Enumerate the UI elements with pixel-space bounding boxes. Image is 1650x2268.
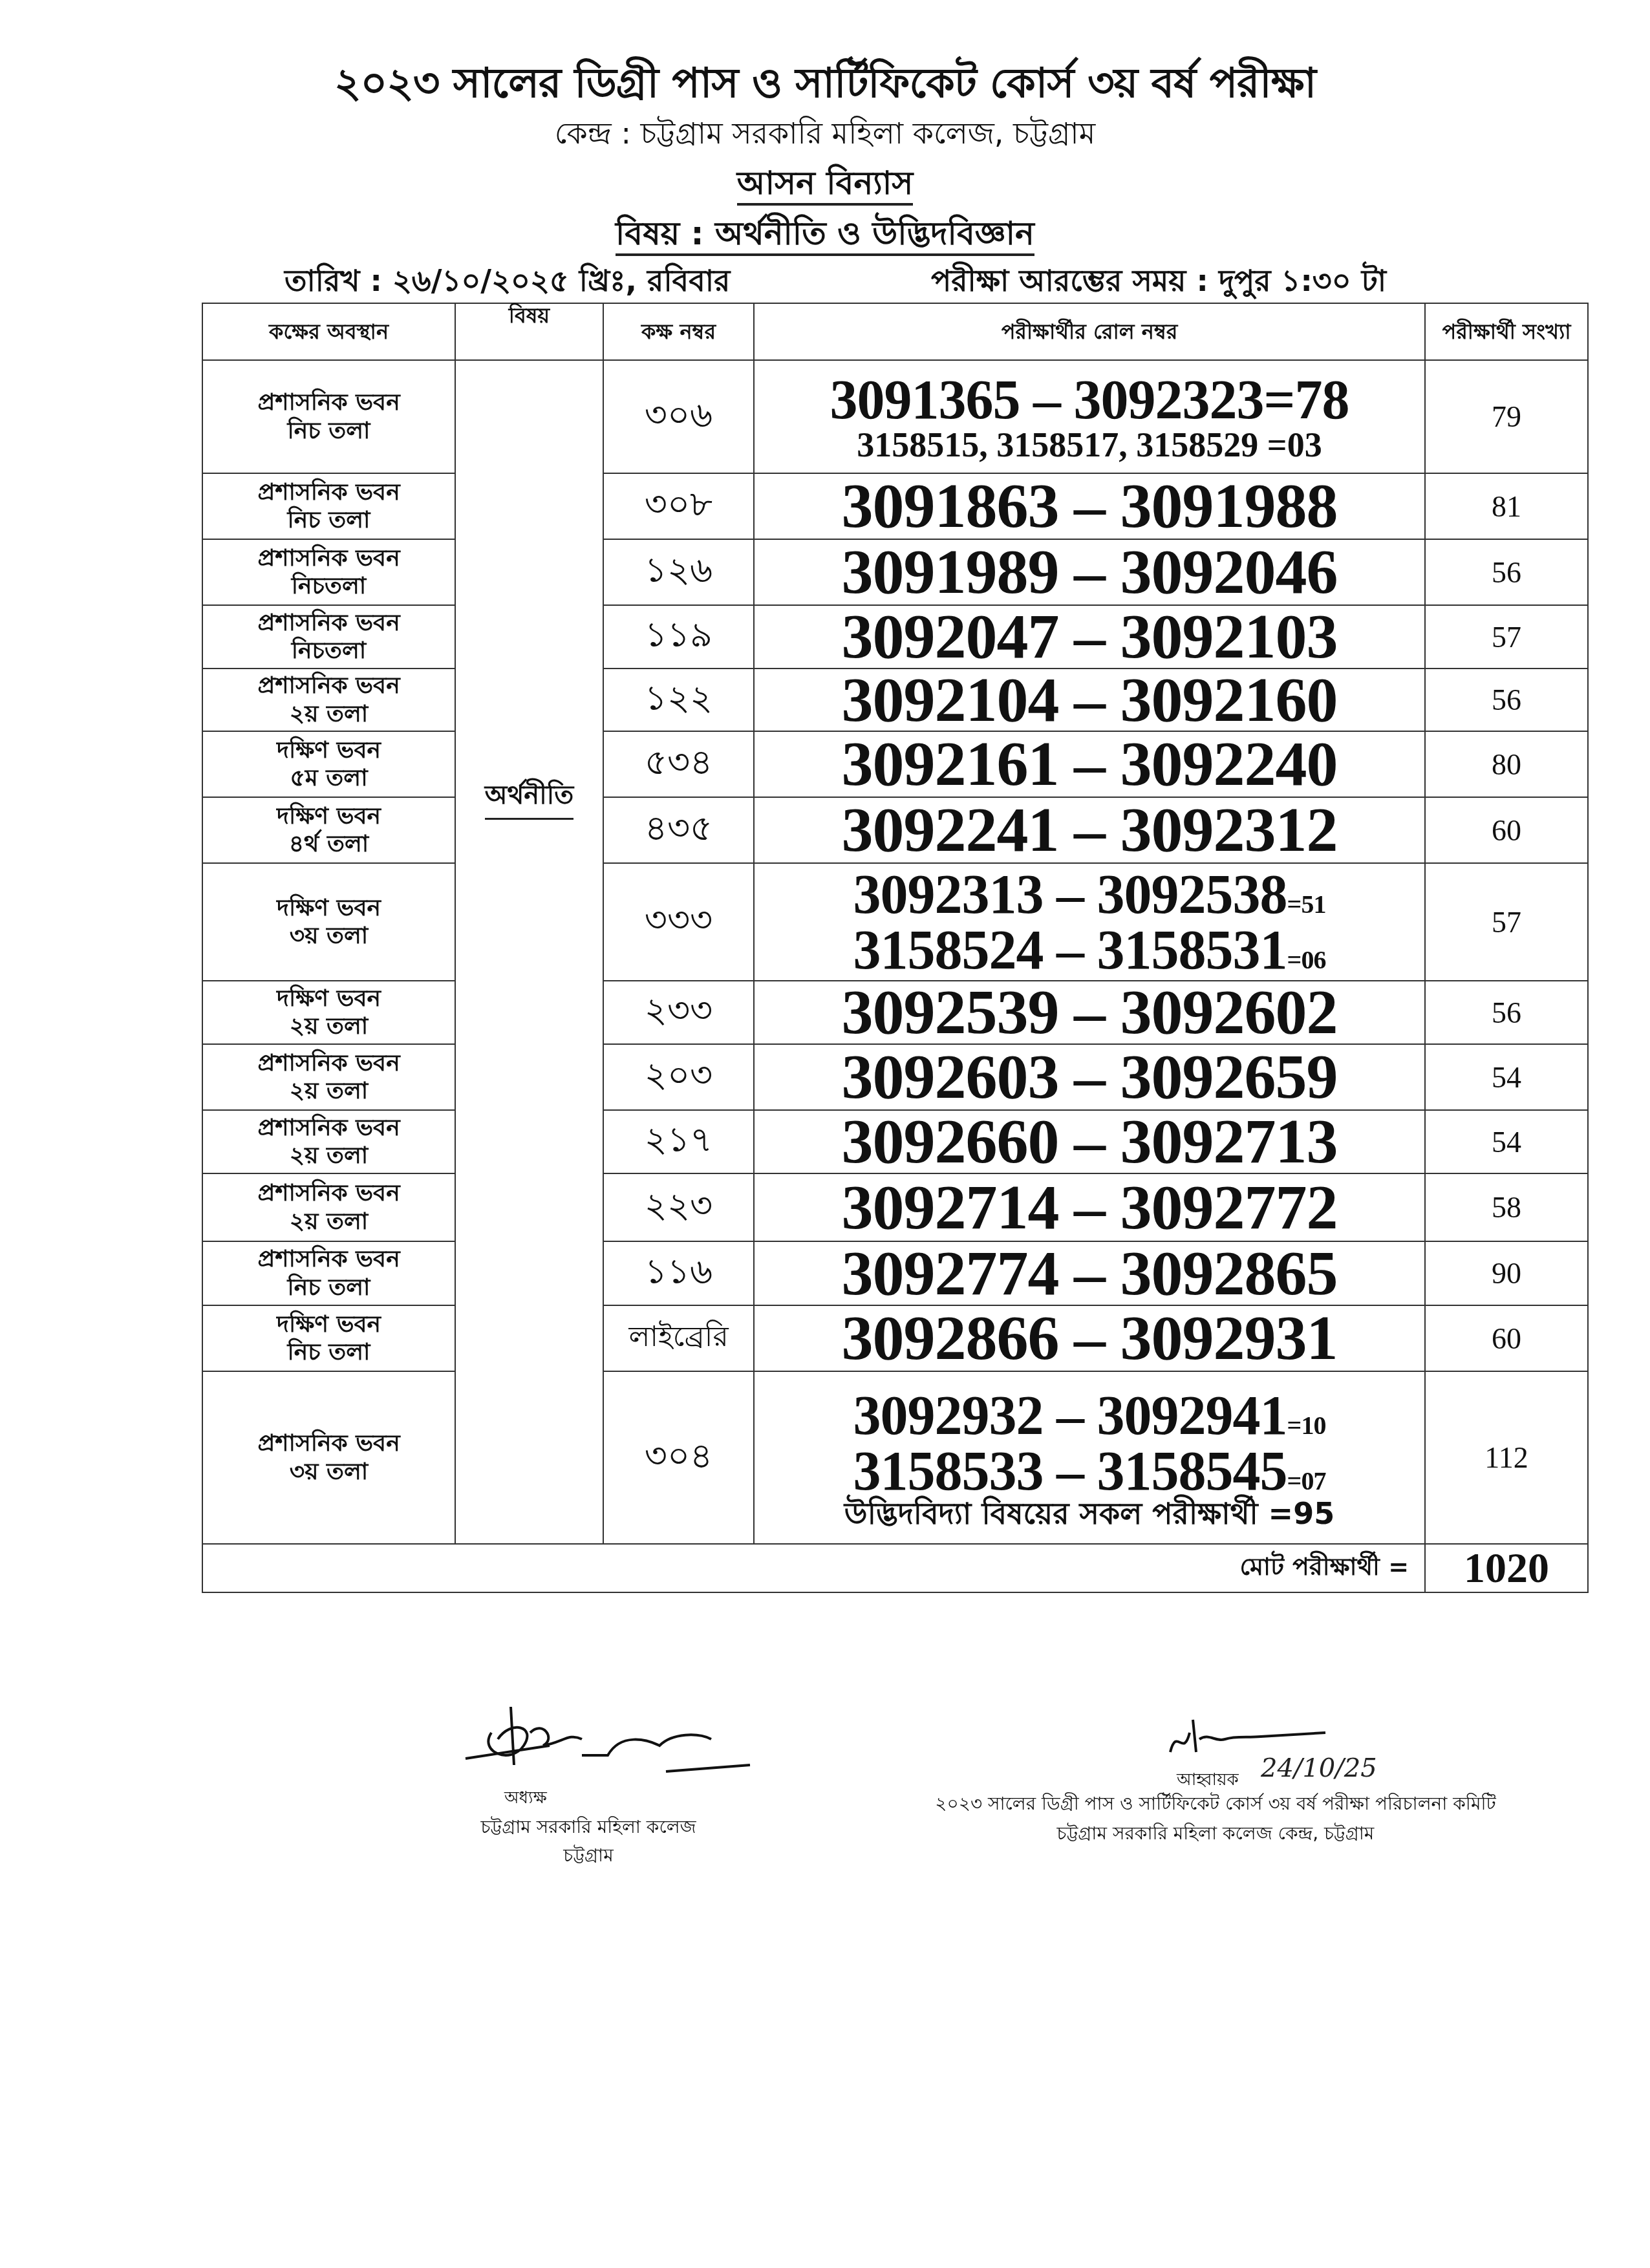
- building-name: প্রশাসনিক ভবন: [257, 478, 400, 506]
- room-location: প্রশাসনিক ভবন২য় তলা: [202, 1109, 456, 1174]
- total-value-cell: 1020: [1424, 1543, 1589, 1593]
- floor-name: ২য় তলা: [290, 1142, 368, 1170]
- roll-range: 3091863 – 3091988: [842, 475, 1338, 538]
- floor-name: ২য় তলা: [290, 1077, 368, 1105]
- room-location: প্রশাসনিক ভবন২য় তলা: [202, 668, 456, 732]
- examinee-count: 60: [1424, 1305, 1589, 1372]
- room-number-text: ১১৯: [645, 608, 712, 666]
- roll-range: 3158524 – 3158531=06: [853, 922, 1326, 978]
- roll-range: 3092161 – 3092240: [842, 733, 1338, 796]
- roll-range: 3091365 – 3092323=78: [830, 372, 1349, 427]
- room-number: ৫৩৪: [603, 731, 755, 798]
- convener-org: ২০২৩ সালের ডিগ্রী পাস ও সার্টিফিকেট কোর্…: [892, 1790, 1539, 1820]
- floor-name: ২য় তলা: [290, 700, 368, 728]
- subject-heading: বিষয় : অর্থনীতি ও উদ্ভিদবিজ্ঞান: [0, 209, 1650, 263]
- room-number: ১১৯: [603, 604, 755, 669]
- roll-range-count: =06: [1287, 945, 1326, 974]
- examinee-count-value: 57: [1492, 905, 1521, 939]
- building-name: প্রশাসনিক ভবন: [257, 1114, 400, 1142]
- floor-name: ৫ম তলা: [290, 764, 367, 792]
- roll-numbers: 3092866 – 3092931: [753, 1305, 1426, 1372]
- examinee-count-value: 58: [1492, 1190, 1521, 1225]
- roll-numbers: 3092047 – 3092103: [753, 604, 1426, 669]
- room-location: প্রশাসনিক ভবননিচতলা: [202, 539, 456, 606]
- room-number-text: ২০৩: [645, 1048, 712, 1106]
- examinee-count-value: 56: [1492, 683, 1521, 717]
- room-number-text: লাইব্রেরি: [628, 1315, 728, 1362]
- examinee-count-value: 79: [1492, 400, 1521, 434]
- room-number-text: ১২২: [645, 671, 712, 729]
- floor-name: নিচ তলা: [287, 506, 370, 534]
- roll-range-count: =51: [1287, 890, 1326, 919]
- building-name: প্রশাসনিক ভবন: [257, 1049, 400, 1077]
- room-location: প্রশাসনিক ভবননিচ তলা: [202, 1241, 456, 1306]
- room-number: ৩০৬: [603, 359, 755, 474]
- examinee-count-value: 90: [1492, 1256, 1521, 1290]
- examinee-count: 56: [1424, 539, 1589, 606]
- examinee-count: 81: [1424, 473, 1589, 540]
- room-location: প্রশাসনিক ভবননিচতলা: [202, 604, 456, 669]
- examinee-count: 54: [1424, 1043, 1589, 1111]
- examinee-count-value: 56: [1492, 996, 1521, 1030]
- room-number: ১১৬: [603, 1241, 755, 1306]
- exam-center: কেন্দ্র : চট্টগ্রাম সরকারি মহিলা কলেজ, চ…: [0, 111, 1650, 160]
- roll-numbers: 3092539 – 3092602: [753, 980, 1426, 1045]
- roll-range: 3091989 – 3092046: [842, 540, 1338, 604]
- roll-range: 3092714 – 3092772: [842, 1176, 1338, 1239]
- column-header-label: কক্ষের অবস্থান: [269, 320, 389, 344]
- examinee-count: 60: [1424, 797, 1589, 864]
- column-header: কক্ষ নম্বর: [603, 303, 755, 361]
- principal-signature-icon: [453, 1694, 763, 1791]
- roll-range: 3092313 – 3092538=51: [853, 866, 1326, 922]
- floor-name: নিচ তলা: [287, 417, 370, 445]
- building-name: দক্ষিণ ভবন: [277, 1311, 381, 1338]
- roll-numbers: 3091863 – 3091988: [753, 473, 1426, 540]
- examinee-count: 54: [1424, 1109, 1589, 1174]
- building-name: দক্ষিণ ভবন: [277, 736, 381, 764]
- building-name: দক্ষিণ ভবন: [277, 894, 381, 922]
- column-header: কক্ষের অবস্থান: [202, 303, 456, 361]
- examinee-count: 56: [1424, 980, 1589, 1045]
- building-name: প্রশাসনিক ভবন: [257, 672, 400, 700]
- examinee-count-value: 60: [1492, 1321, 1521, 1356]
- column-header: বিষয়: [455, 303, 604, 361]
- examinee-count: 80: [1424, 731, 1589, 798]
- room-number-text: ২৩৩: [645, 983, 712, 1042]
- room-location: প্রশাসনিক ভবন২য় তলা: [202, 1043, 456, 1111]
- roll-range: 3158533 – 3158545=07: [853, 1443, 1326, 1499]
- floor-name: ৪র্থ তলা: [289, 830, 369, 858]
- examinee-count: 58: [1424, 1173, 1589, 1242]
- room-location: দক্ষিণ ভবন৩য় তলা: [202, 862, 456, 981]
- roll-range: 3092539 – 3092602: [842, 981, 1338, 1044]
- principal-title: অধ্যক্ষ: [504, 1784, 547, 1813]
- room-number-text: ২১৭: [645, 1113, 712, 1171]
- roll-range: 3092660 – 3092713: [842, 1110, 1338, 1173]
- examinee-count: 112: [1424, 1371, 1589, 1545]
- column-header: পরীক্ষার্থী সংখ্যা: [1424, 303, 1589, 361]
- principal-org: চট্টগ্রাম সরকারি মহিলা কলেজ: [420, 1813, 756, 1843]
- seat-plan-table: কক্ষের অবস্থানবিষয়কক্ষ নম্বরপরীক্ষার্থী…: [202, 303, 1587, 1592]
- floor-name: ২য় তলা: [290, 1012, 368, 1040]
- building-name: দক্ষিণ ভবন: [277, 985, 381, 1012]
- building-name: প্রশাসনিক ভবন: [257, 609, 400, 637]
- room-number-text: ৫৩৪: [645, 735, 712, 793]
- roll-numbers: 3091989 – 3092046: [753, 539, 1426, 606]
- document-title: ২০২৩ সালের ডিগ্রী পাস ও সার্টিফিকেট কোর্…: [0, 52, 1650, 121]
- building-name: প্রশাসনিক ভবন: [257, 544, 400, 572]
- roll-numbers: 3092932 – 3092941=103158533 – 3158545=07…: [753, 1371, 1426, 1545]
- examinee-count: 57: [1424, 862, 1589, 981]
- seat-plan-heading: আসন বিন্যাস: [0, 159, 1650, 213]
- floor-name: ২য় তলা: [290, 1208, 368, 1236]
- examinee-count-value: 81: [1492, 489, 1521, 524]
- roll-range: 3092603 – 3092659: [842, 1045, 1338, 1109]
- examinee-count: 57: [1424, 604, 1589, 669]
- floor-name: নিচ তলা: [287, 1338, 370, 1366]
- room-location: দক্ষিণ ভবন৫ম তলা: [202, 731, 456, 798]
- examinee-count-value: 56: [1492, 555, 1521, 590]
- subject-label: অর্থনীতি: [485, 775, 573, 820]
- roll-range: 3092866 – 3092931: [842, 1307, 1338, 1370]
- room-number-text: ১২৬: [645, 543, 712, 601]
- exam-date: তারিখ : ২৬/১০/২০২৫ খ্রিঃ, রবিবার: [284, 259, 730, 308]
- exam-start-time: পরীক্ষা আরম্ভের সময় : দুপুর ১:৩০ টা: [931, 259, 1386, 308]
- room-number: ২০৩: [603, 1043, 755, 1111]
- room-number: ২১৭: [603, 1109, 755, 1174]
- building-name: দক্ষিণ ভবন: [277, 802, 381, 830]
- examinee-count-value: 80: [1492, 747, 1521, 782]
- roll-numbers: 3092313 – 3092538=513158524 – 3158531=06: [753, 862, 1426, 981]
- room-number: ৩০৪: [603, 1371, 755, 1545]
- roll-range: 3092104 – 3092160: [842, 669, 1338, 732]
- room-number-text: ১১৬: [645, 1245, 712, 1303]
- subject-cell: অর্থনীতি: [455, 359, 604, 1545]
- roll-range-count: =07: [1287, 1466, 1326, 1495]
- examinee-count-value: 60: [1492, 813, 1521, 848]
- column-header: পরীক্ষার্থীর রোল নম্বর: [753, 303, 1426, 361]
- floor-name: নিচতলা: [292, 572, 367, 600]
- room-number: ২২৩: [603, 1173, 755, 1242]
- seat-plan-text: আসন বিন্যাস: [737, 164, 914, 206]
- roll-range-count: =10: [1287, 1411, 1326, 1440]
- roll-numbers: 3092714 – 3092772: [753, 1173, 1426, 1242]
- column-header-label: পরীক্ষার্থী সংখ্যা: [1442, 320, 1570, 344]
- floor-name: নিচতলা: [292, 637, 367, 665]
- building-name: প্রশাসনিক ভবন: [257, 1245, 400, 1273]
- room-number: ১২২: [603, 668, 755, 732]
- principal-city: চট্টগ্রাম: [420, 1841, 756, 1872]
- subject-text: বিষয় : অর্থনীতি ও উদ্ভিদবিজ্ঞান: [616, 215, 1034, 256]
- convener-handwritten-date: 24/10/25: [1261, 1753, 1377, 1783]
- roll-range: 3092241 – 3092312: [842, 798, 1338, 862]
- examinee-count: 56: [1424, 668, 1589, 732]
- column-header-label: বিষয়: [509, 304, 550, 328]
- room-location: দক্ষিণ ভবননিচ তলা: [202, 1305, 456, 1372]
- room-location: প্রশাসনিক ভবননিচ তলা: [202, 359, 456, 474]
- roll-numbers: 3092603 – 3092659: [753, 1043, 1426, 1111]
- building-name: প্রশাসনিক ভবন: [257, 389, 400, 416]
- total-label: মোট পরীক্ষার্থী =: [1240, 1548, 1409, 1589]
- examinee-count-value: 54: [1492, 1060, 1521, 1095]
- roll-numbers: 3092660 – 3092713: [753, 1109, 1426, 1174]
- total-label-cell: মোট পরীক্ষার্থী =: [202, 1543, 1426, 1593]
- roll-note: উদ্ভিদবিদ্যা বিষয়ের সকল পরীক্ষার্থী =95: [844, 1499, 1334, 1528]
- total-value: 1020: [1464, 1544, 1549, 1593]
- room-number-text: ৩০৮: [645, 477, 712, 535]
- examinee-count: 90: [1424, 1241, 1589, 1306]
- examinee-count: 79: [1424, 359, 1589, 474]
- room-number-text: ৩০৬: [645, 388, 712, 446]
- building-name: প্রশাসনিক ভবন: [257, 1179, 400, 1207]
- room-location: প্রশাসনিক ভবন৩য় তলা: [202, 1371, 456, 1545]
- extra-rolls: 3158515, 3158517, 3158529 =03: [857, 427, 1322, 462]
- room-number: ৩০৮: [603, 473, 755, 540]
- room-number-text: ৩৩৩: [645, 893, 712, 951]
- room-number-text: ৩০৪: [645, 1429, 712, 1487]
- examinee-count-value: 57: [1492, 620, 1521, 654]
- roll-numbers: 3092774 – 3092865: [753, 1241, 1426, 1306]
- room-number: ৩৩৩: [603, 862, 755, 981]
- examinee-count-value: 112: [1484, 1440, 1528, 1475]
- floor-name: নিচ তলা: [287, 1274, 370, 1301]
- floor-name: ৩য় তলা: [290, 1458, 368, 1486]
- room-number: ২৩৩: [603, 980, 755, 1045]
- column-header-label: কক্ষ নম্বর: [641, 320, 716, 344]
- roll-numbers: 3091365 – 3092323=783158515, 3158517, 31…: [753, 359, 1426, 474]
- room-number: ১২৬: [603, 539, 755, 606]
- room-number-text: ২২৩: [645, 1179, 712, 1237]
- floor-name: ৩য় তলা: [290, 922, 368, 950]
- room-location: দক্ষিণ ভবন৪র্থ তলা: [202, 797, 456, 864]
- convener-city: চট্টগ্রাম সরকারি মহিলা কলেজ কেন্দ্র, চট্…: [892, 1819, 1539, 1850]
- roll-numbers: 3092104 – 3092160: [753, 668, 1426, 732]
- examinee-count-value: 54: [1492, 1125, 1521, 1159]
- roll-range: 3092774 – 3092865: [842, 1242, 1338, 1305]
- roll-range: 3092932 – 3092941=10: [853, 1387, 1326, 1443]
- room-number: ৪৩৫: [603, 797, 755, 864]
- room-location: প্রশাসনিক ভবননিচ তলা: [202, 473, 456, 540]
- column-header-label: পরীক্ষার্থীর রোল নম্বর: [1002, 320, 1178, 344]
- room-location: প্রশাসনিক ভবন২য় তলা: [202, 1173, 456, 1242]
- room-number: লাইব্রেরি: [603, 1305, 755, 1372]
- roll-range: 3092047 – 3092103: [842, 605, 1338, 669]
- building-name: প্রশাসনিক ভবন: [257, 1429, 400, 1457]
- roll-numbers: 3092161 – 3092240: [753, 731, 1426, 798]
- roll-numbers: 3092241 – 3092312: [753, 797, 1426, 864]
- room-number-text: ৪৩৫: [645, 801, 712, 859]
- room-location: দক্ষিণ ভবন২য় তলা: [202, 980, 456, 1045]
